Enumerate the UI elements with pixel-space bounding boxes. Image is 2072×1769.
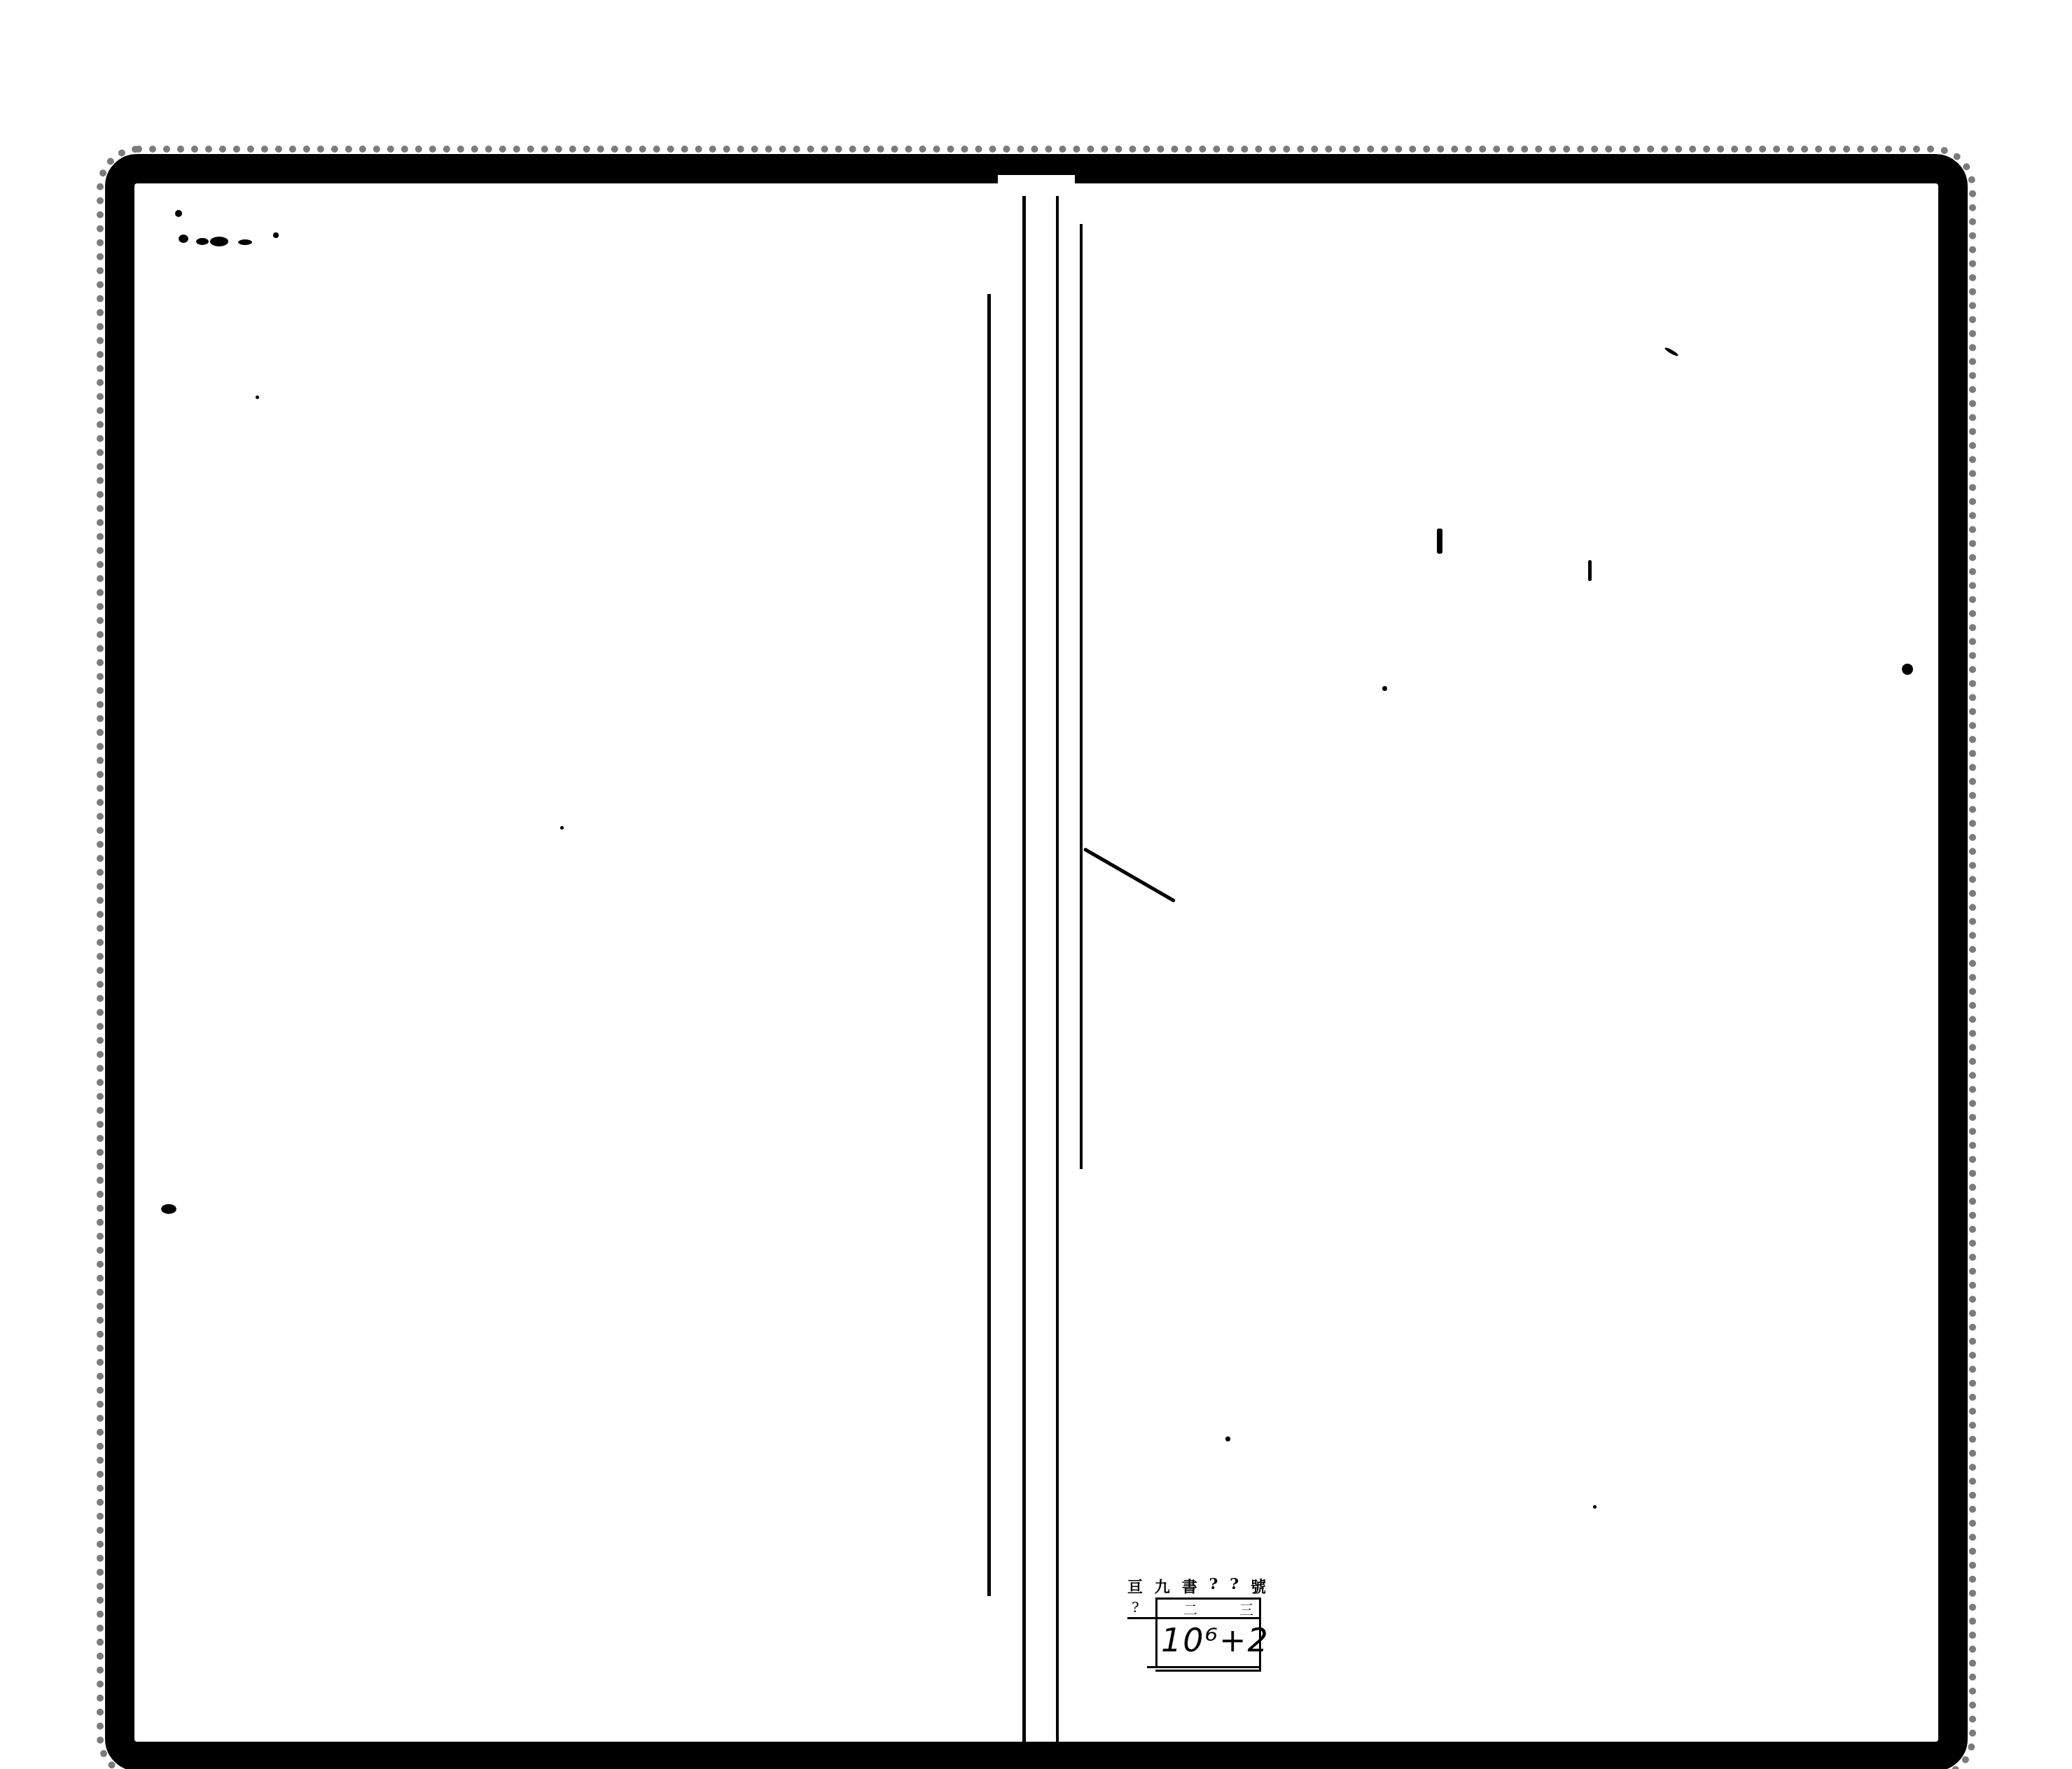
stamp-cell: ? (1132, 1599, 1139, 1616)
stamp-divider (1147, 1666, 1261, 1668)
speck (256, 396, 259, 399)
stamp-header: 亘 九 書 ? ? 號 (1127, 1575, 1267, 1597)
speck (1902, 664, 1913, 675)
speck (161, 1204, 176, 1214)
stamp-divider (1155, 1597, 1157, 1667)
stamp-cell: 三 (1239, 1599, 1253, 1619)
call-number: 10⁶+2 (1161, 1624, 1270, 1656)
stamp-char: ? (1230, 1575, 1240, 1597)
book-cover-border (105, 154, 1968, 1769)
speck (560, 826, 564, 830)
scanned-page: 亘 九 書 ? ? 號 ? 二 三 10⁶+2 (0, 0, 2072, 1769)
spine-line (1056, 196, 1059, 1743)
speck (1225, 1436, 1230, 1441)
speck (1437, 529, 1442, 554)
stamp-char: 號 (1251, 1575, 1267, 1597)
speck (210, 237, 228, 246)
speck (273, 232, 279, 238)
stamp-cell: 二 (1183, 1599, 1197, 1619)
speck (1382, 686, 1387, 691)
spine-line (1080, 224, 1083, 1169)
stamp-char: ? (1209, 1575, 1220, 1597)
stamp-char: 亘 (1127, 1575, 1144, 1597)
library-stamp: 亘 九 書 ? ? 號 ? 二 三 10⁶+2 (1127, 1589, 1267, 1666)
speck (196, 238, 209, 245)
stamp-char: 書 (1182, 1575, 1199, 1597)
speck (179, 235, 188, 243)
spine-line (987, 294, 991, 1596)
spine-line (1022, 196, 1026, 1743)
stamp-char: 九 (1155, 1575, 1171, 1597)
speck (175, 210, 182, 217)
speck (1588, 560, 1592, 581)
spine-line (998, 175, 1075, 186)
speck (238, 239, 252, 245)
speck (1593, 1505, 1597, 1509)
